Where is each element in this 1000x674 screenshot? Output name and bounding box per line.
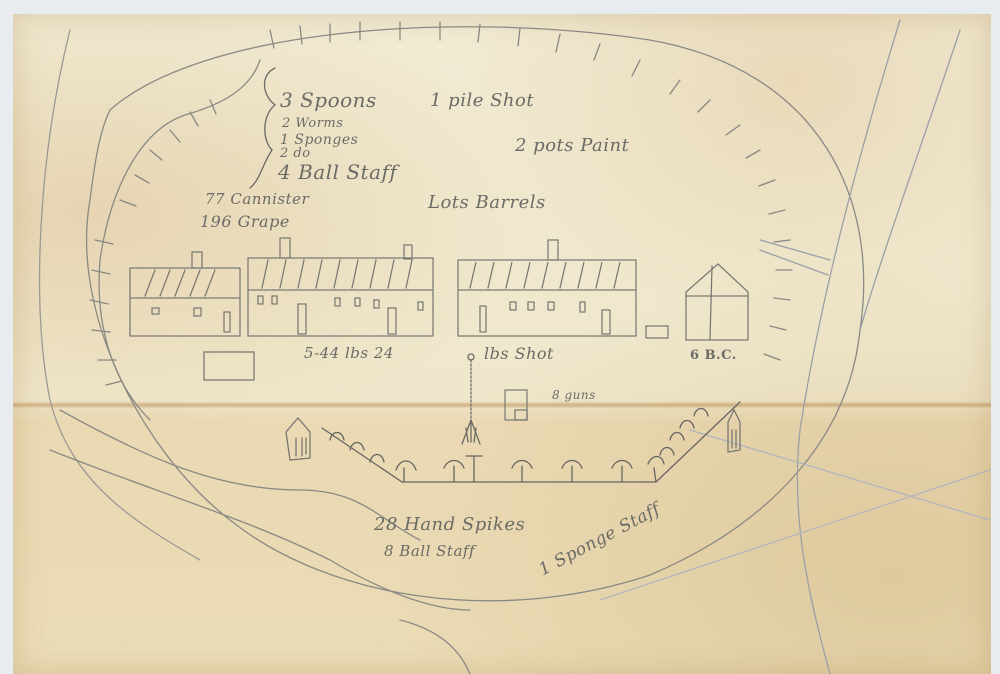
note-spoons: 3 Spoons (280, 88, 377, 112)
note-ball-staff-lower: 8 Ball Staff (384, 542, 475, 560)
magazine (204, 352, 254, 380)
note-guns: 8 guns (552, 388, 596, 402)
note-lots-barrels: Lots Barrels (428, 192, 546, 213)
small-outbuilding (646, 264, 748, 340)
road-lines (600, 20, 990, 674)
note-ball-staff: 4 Ball Staff (278, 160, 397, 184)
note-pots-paint: 2 pots Paint (515, 135, 629, 156)
list-bracket (250, 68, 275, 188)
note-canister: 77 Cannister (205, 190, 309, 208)
note-hand-spikes: 28 Hand Spikes (374, 514, 525, 535)
gun-battery (322, 402, 740, 482)
flagstaff (462, 354, 480, 444)
note-worms: 2 Worms (282, 116, 343, 131)
note-grape: 196 Grape (200, 212, 290, 231)
center-barracks (248, 238, 433, 336)
sentry-box-east (728, 410, 740, 452)
note-outbuilding: 6 B.C. (690, 348, 737, 363)
east-barracks (458, 240, 636, 336)
sentry-box-west (286, 418, 310, 460)
shot-house (505, 390, 527, 420)
note-pile-shot: 1 pile Shot (430, 90, 534, 111)
note-ditto: 2 do (280, 146, 311, 161)
west-barracks (130, 252, 240, 336)
note-lbs-shot: lbs Shot (484, 344, 554, 363)
note-buildings: 5-44 lbs 24 (304, 344, 394, 362)
